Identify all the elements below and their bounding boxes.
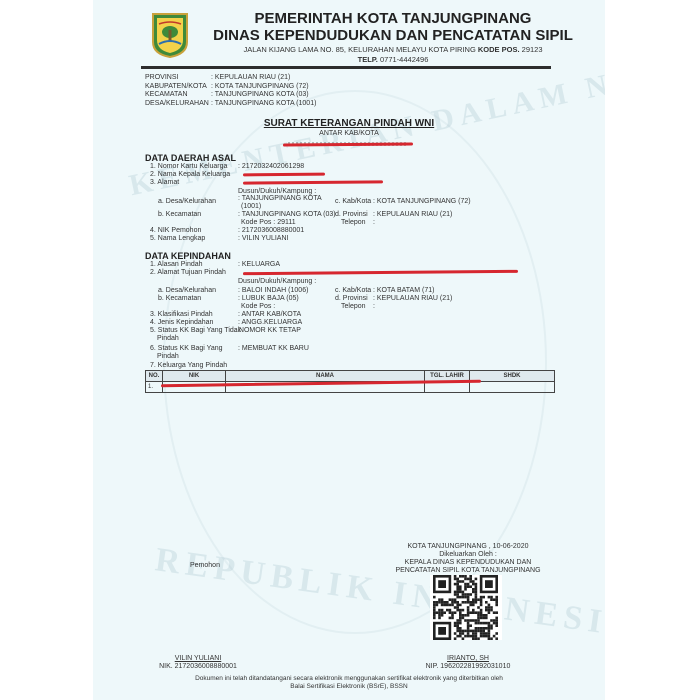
header-address: JALAN KIJANG LAMA NO. 85, KELURAHAN MELA…: [193, 45, 593, 54]
pindah-telepon-label: Telepon: [341, 303, 366, 312]
applicant-nik: NIK. 2172036008880001: [143, 663, 253, 672]
asal-telepon-label: Telepon: [341, 219, 366, 228]
region-label: DESA/KELURAHAN: [145, 100, 209, 109]
pindah-tujuan-redaction: [243, 270, 518, 275]
col-no: NO.: [146, 371, 163, 382]
asal-kec-label: b. Kecamatan: [158, 211, 201, 220]
col-nama: NAMA: [226, 371, 425, 382]
asal-kab-label: c. Kab/Kota: [335, 198, 371, 207]
cell-shdk: [470, 382, 555, 393]
region-label: PROVINSI: [145, 74, 178, 83]
postal-label: KODE POS.: [478, 45, 520, 54]
qr-code-icon: [430, 575, 502, 640]
official-nip: NIP. 196202281992031010: [403, 663, 533, 672]
pindah-alasan-value: : KELUARGA: [238, 261, 280, 270]
footer-esign-line2: Balai Sertifikasi Elektronik (BSrE), BSS…: [113, 683, 585, 692]
pindah-status-tidak-value: : NOMOR KK TETAP: [235, 327, 301, 336]
header-phone: TELP. 0771-4442496: [193, 55, 593, 64]
city-emblem-icon: [151, 12, 189, 58]
cell-no: 1.: [146, 382, 163, 393]
phone-number: 0771-4442496: [380, 55, 428, 64]
region-value: : TANJUNGPINANG KOTA (1001): [211, 100, 316, 109]
col-shdk: SHDK: [470, 371, 555, 382]
document-page: KEMENTERIAN DALAM NEGERI REPUBLIK INDONE…: [93, 0, 605, 700]
section-kepindahan-heading: DATA KEPINDAHAN: [145, 251, 231, 261]
pindah-prov-value: : KEPULAUAN RIAU (21): [373, 295, 452, 304]
asal-nama-value: : VILIN YULIANI: [238, 235, 288, 244]
asal-alamat-redaction: [243, 180, 383, 184]
pindah-tujuan-label: 2. Alamat Tujuan Pindah: [150, 269, 226, 278]
region-label: KECAMATAN: [145, 91, 188, 100]
header-government: PEMERINTAH KOTA TANJUNGPINANG: [203, 10, 583, 27]
document-title: SURAT KETERANGAN PINDAH WNI: [193, 118, 505, 129]
header-divider: [141, 66, 551, 69]
address-text: JALAN KIJANG LAMA NO. 85, KELURAHAN MELA…: [243, 45, 475, 54]
pindah-status-pindah-label2: Pindah: [157, 353, 179, 362]
document-subtitle: ANTAR KAB/KOTA: [193, 130, 505, 137]
postal-code: 29123: [522, 45, 543, 54]
region-value: : KEPULAUAN RIAU (21): [211, 74, 290, 83]
pindah-kec-label: b. Kecamatan: [158, 295, 201, 304]
pindah-status-pindah-value: : MEMBUAT KK BARU: [238, 345, 309, 354]
family-table-header: NO. NIK NAMA TGL. LAHIR SHDK: [146, 371, 555, 382]
asal-kk-value: : 2172032402061298: [238, 163, 304, 172]
region-label: KABUPATEN/KOTA: [145, 83, 207, 92]
pindah-dusun: Dusun/Dukuh/Kampung :: [238, 278, 316, 287]
col-nik: NIK: [163, 371, 226, 382]
asal-prov-value: : KEPULAUAN RIAU (21): [373, 211, 452, 220]
asal-kab-value: : KOTA TANJUNGPINANG (72): [373, 198, 471, 207]
header-agency: DINAS KEPENDUDUKAN DAN PENCATATAN SIPIL: [203, 27, 583, 44]
asal-telepon-value: :: [373, 219, 375, 228]
applicant-label: Pemohon: [190, 562, 220, 571]
pindah-telepon-value: :: [373, 303, 375, 312]
phone-label: TELP.: [358, 55, 378, 64]
region-value: : KOTA TANJUNGPINANG (72): [211, 83, 309, 92]
section-asal-heading: DATA DAERAH ASAL: [145, 153, 236, 163]
region-value: : TANJUNGPINANG KOTA (03): [211, 91, 309, 100]
asal-nama-label: 5. Nama Lengkap: [150, 235, 205, 244]
asal-alamat-label: 3. Alamat: [150, 179, 179, 188]
asal-desa-label: a. Desa/Kelurahan: [158, 198, 216, 207]
asal-kepala-redaction: [243, 173, 325, 177]
pindah-status-tidak-label2: Pindah: [157, 335, 179, 344]
